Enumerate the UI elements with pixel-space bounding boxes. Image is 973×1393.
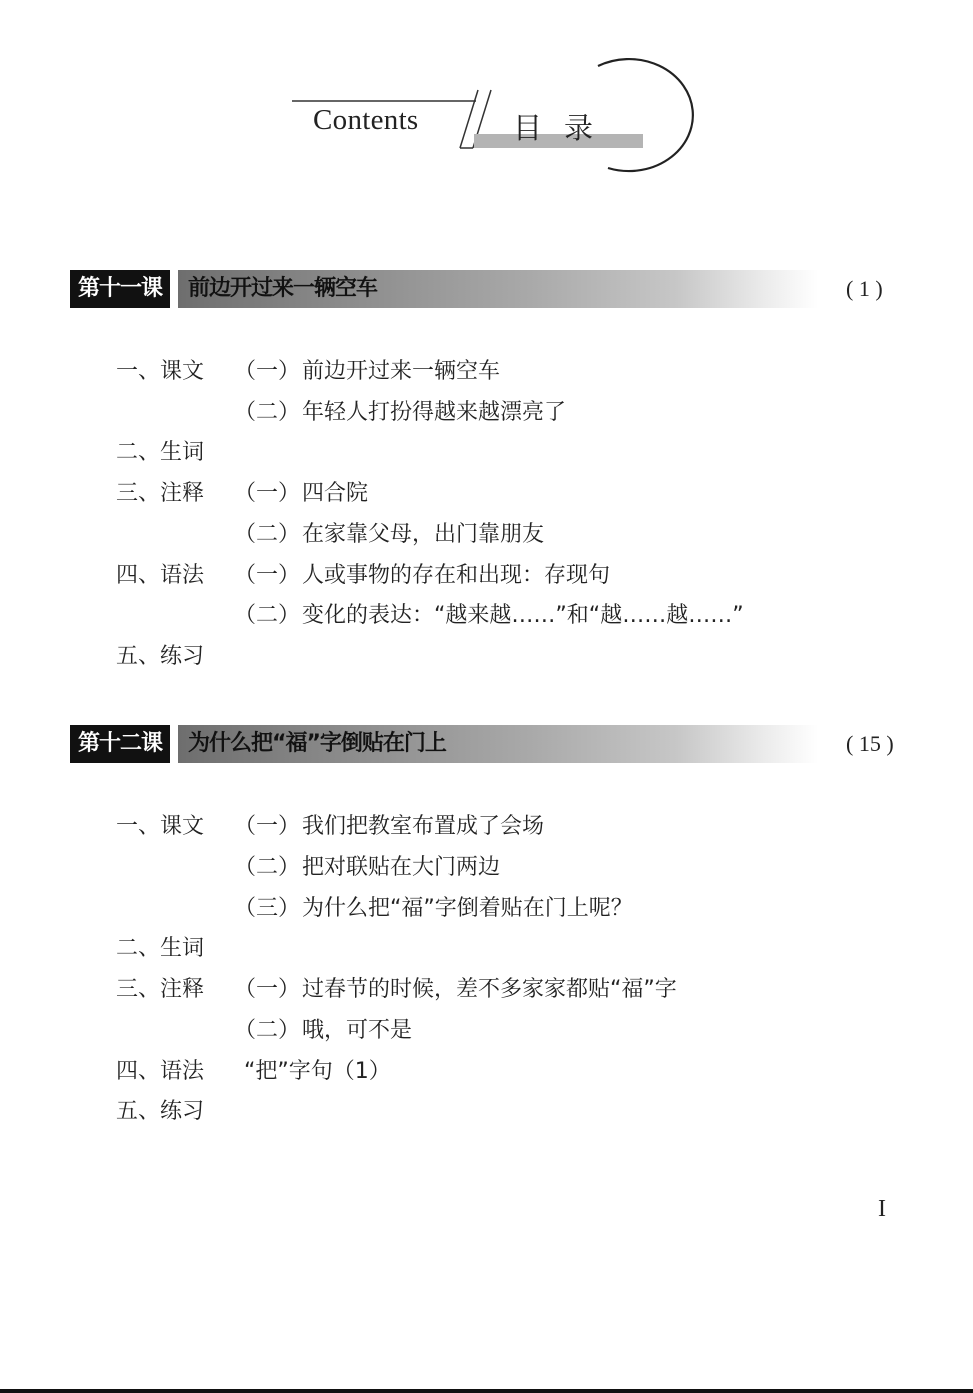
lesson-title: 前边开过来一辆空车 (188, 270, 377, 308)
contents-title-en: Contents (313, 104, 419, 137)
sub-number: （一） (234, 975, 300, 1005)
section-label: 二、生词 (116, 438, 204, 468)
section-label: 五、练习 (116, 642, 204, 672)
section-label: 三、注释 (116, 975, 204, 1005)
scan-edge-divider (0, 1389, 973, 1393)
sub-title: 四合院 (302, 479, 368, 509)
section-label: 一、课文 (116, 357, 204, 387)
section-label: 三、注释 (116, 479, 204, 509)
sub-title: 过春节的时候，差不多家家都贴“福”字 (302, 975, 677, 1005)
section-label: 四、语法 (116, 561, 204, 591)
section-label: 二、生词 (116, 934, 204, 964)
lesson-banner-11[interactable]: 第十一课 前边开过来一辆空车 ( 1 ) (70, 270, 910, 308)
sub-number: （三） (234, 894, 300, 924)
lesson-page-ref: ( 15 ) (846, 725, 894, 763)
lesson-number: 第十二课 (70, 725, 170, 763)
contents-header: Contents 目录 (0, 0, 973, 200)
sub-title: “把”字句（1） (244, 1057, 391, 1087)
sub-number: （一） (234, 812, 300, 842)
sub-number: （一） (234, 357, 300, 387)
sub-title: 我们把教室布置成了会场 (302, 812, 544, 842)
sub-title: 把对联贴在大门两边 (302, 853, 500, 883)
contents-title-zh: 目录 (513, 106, 615, 147)
sub-title: 为什么把“福”字倒着贴在门上呢？ (302, 894, 633, 924)
lesson-title: 为什么把“福”字倒贴在门上 (188, 725, 446, 763)
section-label: 五、练习 (116, 1097, 204, 1127)
sub-title: 在家靠父母，出门靠朋友 (302, 520, 544, 550)
page-number: I (878, 1196, 886, 1223)
sub-title: 年轻人打扮得越来越漂亮了 (302, 398, 566, 428)
lesson-number: 第十一课 (70, 270, 170, 308)
sub-title: 人或事物的存在和出现：存现句 (302, 561, 610, 591)
sub-number: （一） (234, 561, 300, 591)
lesson-page-ref: ( 1 ) (846, 270, 883, 308)
sub-title: 前边开过来一辆空车 (302, 357, 500, 387)
sub-title: 变化的表达：“越来越……”和“越……越……” (302, 601, 744, 631)
section-label: 一、课文 (116, 812, 204, 842)
toc-page: Contents 目录 第十一课 前边开过来一辆空车 ( 1 ) 一、课文 （一… (0, 0, 973, 1393)
sub-title: 哦，可不是 (302, 1016, 412, 1046)
lesson-banner-12[interactable]: 第十二课 为什么把“福”字倒贴在门上 ( 15 ) (70, 725, 910, 763)
section-label: 四、语法 (116, 1057, 204, 1087)
sub-number: （二） (234, 1016, 300, 1046)
sub-number: （二） (234, 398, 300, 428)
sub-number: （一） (234, 479, 300, 509)
header-decoration-icon (0, 0, 973, 200)
sub-number: （二） (234, 853, 300, 883)
sub-number: （二） (234, 601, 300, 631)
sub-number: （二） (234, 520, 300, 550)
